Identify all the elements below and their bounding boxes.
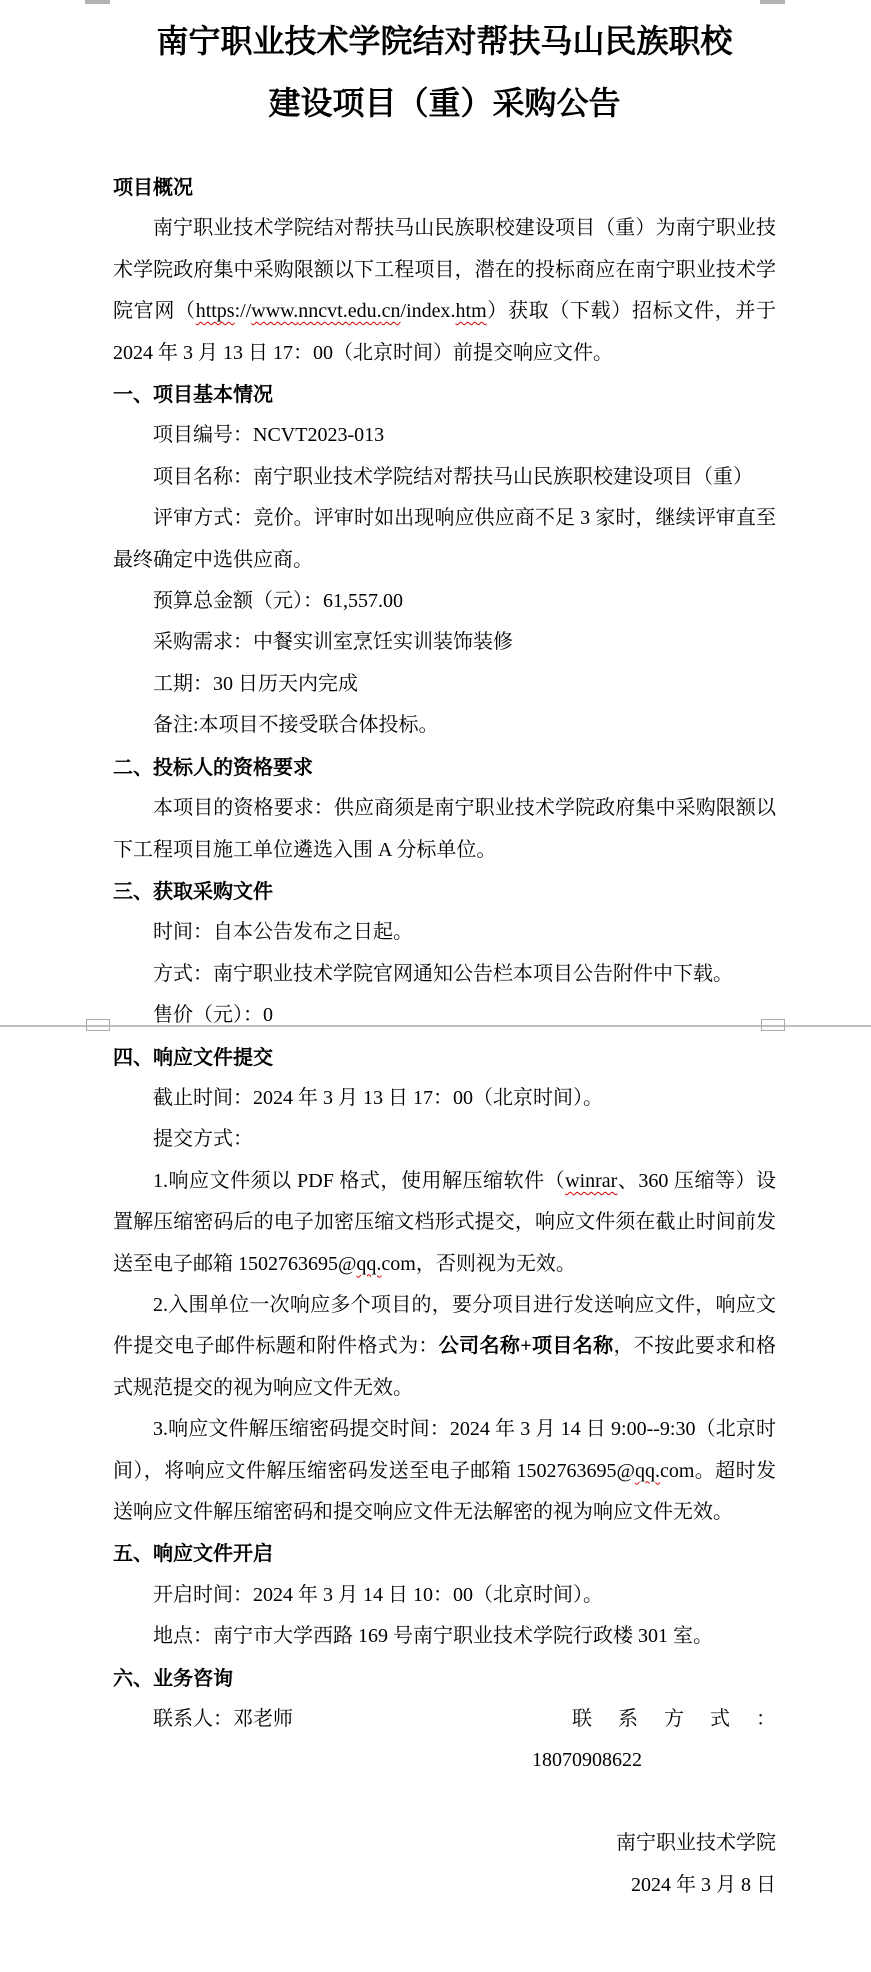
submission-deadline: 截止时间：2024 年 3 月 13 日 17：00（北京时间）。: [113, 1078, 776, 1119]
spellcheck-marked-text: qq.: [635, 1460, 660, 1482]
page-margin-mark-break-right: [761, 1019, 785, 1031]
project-duration: 工期：30 日历天内完成: [113, 664, 776, 705]
signature-date: 2024 年 3 月 8 日: [113, 1865, 776, 1906]
submission-item-3: 3.响应文件解压缩密码提交时间：2024 年 3 月 14 日 9:00--9:…: [113, 1409, 776, 1533]
submission-item-2: 2.入围单位一次响应多个项目的，要分项目进行发送响应文件，响应文件提交电子邮件标…: [113, 1285, 776, 1409]
opening-location: 地点：南宁市大学西路 169 号南宁职业技术学院行政楼 301 室。: [113, 1616, 776, 1657]
project-note: 备注:本项目不接受联合体投标。: [113, 705, 776, 746]
overview-heading: 项目概况: [113, 167, 776, 208]
project-number: 项目编号：NCVT2023-013: [113, 415, 776, 456]
spellcheck-marked-text: https: [196, 300, 235, 322]
contact-person: 联系人：邓老师: [153, 1708, 293, 1730]
document-content: 南宁职业技术学院结对帮扶马山民族职校 建设项目（重）采购公告 项目概况 南宁职业…: [113, 10, 776, 1906]
document-page: 南宁职业技术学院结对帮扶马山民族职校 建设项目（重）采购公告 项目概况 南宁职业…: [0, 0, 871, 1972]
signature-org: 南宁职业技术学院: [113, 1823, 776, 1864]
section6-heading: 六、业务咨询: [113, 1658, 776, 1699]
title-line-1: 南宁职业技术学院结对帮扶马山民族职校: [113, 10, 776, 72]
qualification-paragraph: 本项目的资格要求：供应商须是南宁职业技术学院政府集中采购限额以下工程项目施工单位…: [113, 788, 776, 871]
document-price: 售价（元）：0: [113, 995, 776, 1036]
text-run: ://: [235, 300, 252, 322]
contact-phone: 联系方式：18070908622: [532, 1699, 776, 1782]
contact-row: 联系人：邓老师联系方式：18070908622: [113, 1699, 776, 1740]
document-title: 南宁职业技术学院结对帮扶马山民族职校 建设项目（重）采购公告: [113, 10, 776, 134]
spellcheck-marked-text: www.: [251, 300, 298, 322]
page-margin-mark-break-left: [86, 1019, 110, 1031]
overview-paragraph: 南宁职业技术学院结对帮扶马山民族职校建设项目（重）为南宁职业技术学院政府集中采购…: [113, 208, 776, 374]
text-run: /index.: [401, 300, 456, 322]
obtain-time: 时间：自本公告发布之日起。: [113, 912, 776, 953]
section2-heading: 二、投标人的资格要求: [113, 747, 776, 788]
opening-time: 开启时间：2024 年 3 月 14 日 10：00（北京时间）。: [113, 1575, 776, 1616]
text-run: 1.响应文件须以 PDF 格式，使用解压缩软件（: [153, 1170, 565, 1192]
submission-item-1: 1.响应文件须以 PDF 格式，使用解压缩软件（winrar、360 压缩等）设…: [113, 1161, 776, 1285]
text-run: com，否则视为无效。: [381, 1253, 575, 1275]
bold-text: 公司名称+项目名称: [439, 1335, 614, 1357]
obtain-method: 方式：南宁职业技术学院官网通知公告栏本项目公告附件中下载。: [113, 954, 776, 995]
spellcheck-marked-text: cn: [382, 300, 401, 322]
title-line-2: 建设项目（重）采购公告: [113, 72, 776, 134]
project-name: 项目名称：南宁职业技术学院结对帮扶马山民族职校建设项目（重）: [113, 457, 776, 498]
spellcheck-marked-text: winrar: [565, 1170, 617, 1192]
page-margin-mark-top-left: [85, 0, 110, 4]
submission-method-label: 提交方式：: [113, 1119, 776, 1160]
page-margin-mark-top-right: [760, 0, 785, 4]
budget-amount: 预算总金额（元）：61,557.00: [113, 581, 776, 622]
page-break-line: [0, 1025, 871, 1027]
review-method: 评审方式：竞价。评审时如出现响应供应商不足 3 家时，继续评审直至最终确定中选供…: [113, 498, 776, 581]
section4-heading: 四、响应文件提交: [113, 1037, 776, 1078]
spellcheck-marked-text: nncvt.: [298, 300, 347, 322]
procurement-requirement: 采购需求：中餐实训室烹饪实训装饰装修: [113, 622, 776, 663]
section3-heading: 三、获取采购文件: [113, 871, 776, 912]
section5-heading: 五、响应文件开启: [113, 1533, 776, 1574]
spellcheck-marked-text: qq.: [356, 1253, 381, 1275]
spellcheck-marked-text: edu.: [348, 300, 382, 322]
spellcheck-marked-text: htm: [456, 300, 487, 322]
section1-heading: 一、项目基本情况: [113, 374, 776, 415]
signature-block: 南宁职业技术学院 2024 年 3 月 8 日: [113, 1823, 776, 1906]
